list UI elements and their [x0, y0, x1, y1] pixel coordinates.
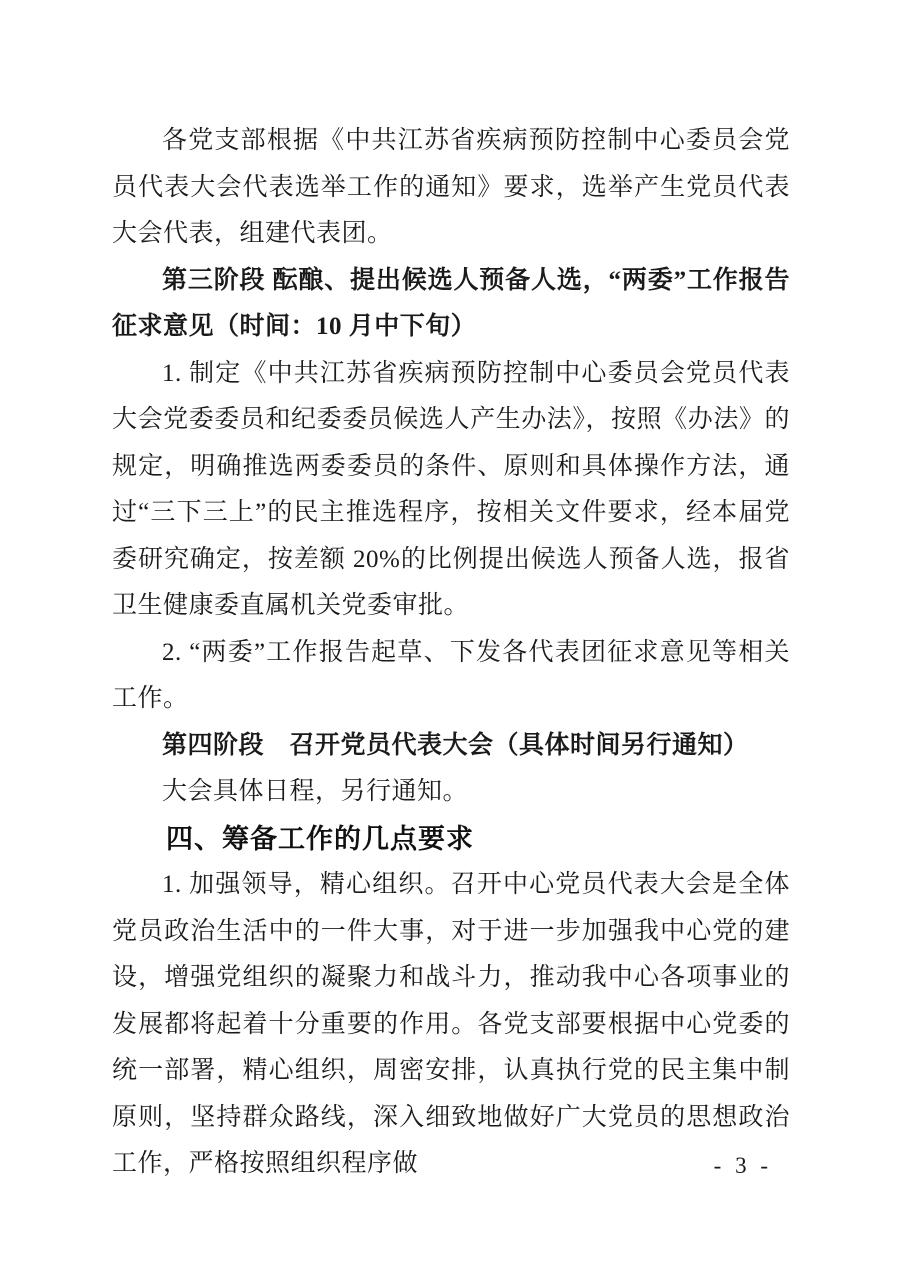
- paragraph-candidate-method: 1. 制定《中共江苏省疾病预防控制中心委员会党员代表大会党委委员和纪委委员候选人…: [112, 351, 790, 630]
- stage-three-heading: 第三阶段 酝酿、提出候选人预备人选，“两委”工作报告征求意见（时间：10 月中下…: [112, 258, 790, 351]
- document-text-block: 各党支部根据《中共江苏省疾病预防控制中心委员会党员代表大会代表选举工作的通知》要…: [112, 118, 790, 1188]
- stage-four-heading: 第四阶段 召开党员代表大会（具体时间另行通知）: [112, 723, 790, 770]
- document-page: 各党支部根据《中共江苏省疾病预防控制中心委员会党员代表大会代表选举工作的通知》要…: [0, 0, 900, 1271]
- paragraph-delegate-election: 各党支部根据《中共江苏省疾病预防控制中心委员会党员代表大会代表选举工作的通知》要…: [112, 118, 790, 258]
- paragraph-report-drafting: 2. “两委”工作报告起草、下发各代表团征求意见等相关工作。: [112, 630, 790, 723]
- section-four-heading: 四、筹备工作的几点要求: [112, 816, 790, 863]
- page-number: - 3 -: [714, 1150, 772, 1182]
- paragraph-schedule-notice: 大会具体日程，另行通知。: [112, 769, 790, 816]
- paragraph-strengthen-leadership: 1. 加强领导，精心组织。召开中心党员代表大会是全体党员政治生活中的一件大事，对…: [112, 862, 790, 1188]
